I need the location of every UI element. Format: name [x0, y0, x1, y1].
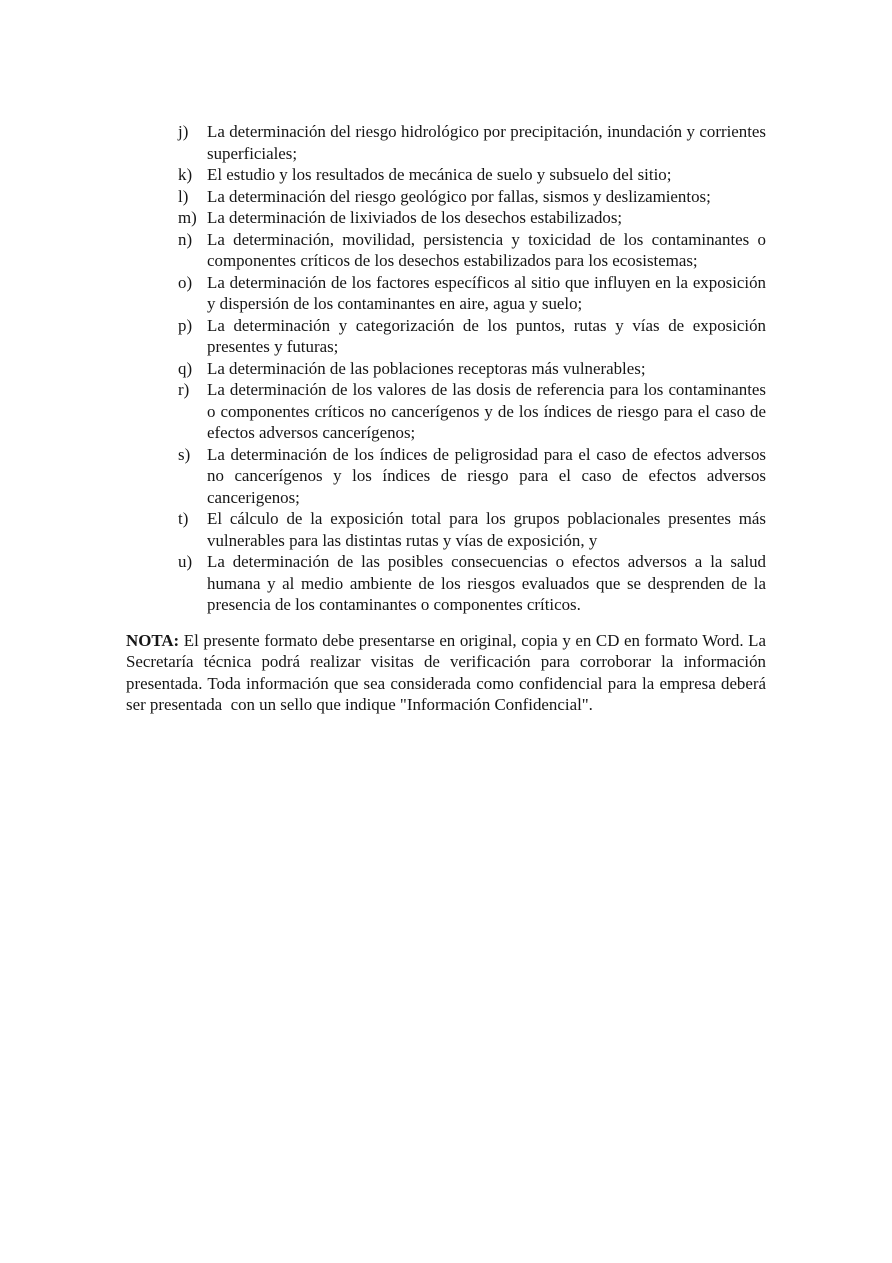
list-item-text: La determinación de los valores de las d… [207, 379, 766, 444]
list-item-text: La determinación, movilidad, persistenci… [207, 229, 766, 272]
list-item-marker: k) [178, 164, 207, 186]
list-item: o) La determinación de los factores espe… [178, 272, 766, 315]
list-item: s) La determinación de los índices de pe… [178, 444, 766, 509]
list-item-marker: j) [178, 121, 207, 164]
list-item-marker: p) [178, 315, 207, 358]
list-item-marker: r) [178, 379, 207, 444]
list-item: l) La determinación del riesgo geológico… [178, 186, 766, 208]
list-item: p) La determinación y categorización de … [178, 315, 766, 358]
list-item-text: La determinación de los índices de pelig… [207, 444, 766, 509]
list-item-marker: n) [178, 229, 207, 272]
note-text: El presente formato debe presentarse en … [126, 631, 766, 715]
list-item-text: La determinación de las posibles consecu… [207, 551, 766, 616]
list-item-text: La determinación y categorización de los… [207, 315, 766, 358]
lettered-list: j) La determinación del riesgo hidrológi… [178, 121, 766, 616]
list-item-marker: u) [178, 551, 207, 616]
list-item: q) La determinación de las poblaciones r… [178, 358, 766, 380]
list-item-text: La determinación del riesgo geológico po… [207, 186, 766, 208]
list-item: k) El estudio y los resultados de mecáni… [178, 164, 766, 186]
list-item-text: La determinación de los factores específ… [207, 272, 766, 315]
list-item-marker: t) [178, 508, 207, 551]
list-item-marker: o) [178, 272, 207, 315]
list-item-marker: q) [178, 358, 207, 380]
list-item: n) La determinación, movilidad, persiste… [178, 229, 766, 272]
list-item-marker: l) [178, 186, 207, 208]
list-item-text: La determinación de las poblaciones rece… [207, 358, 766, 380]
list-item-marker: m) [178, 207, 207, 229]
list-item-marker: s) [178, 444, 207, 509]
list-item-text: El estudio y los resultados de mecánica … [207, 164, 766, 186]
note-paragraph: NOTA: El presente formato debe presentar… [126, 630, 766, 716]
list-item: u) La determinación de las posibles cons… [178, 551, 766, 616]
list-item-text: La determinación del riesgo hidrológico … [207, 121, 766, 164]
list-item: j) La determinación del riesgo hidrológi… [178, 121, 766, 164]
list-item-text: La determinación de lixiviados de los de… [207, 207, 766, 229]
list-item-text: El cálculo de la exposición total para l… [207, 508, 766, 551]
note-label: NOTA: [126, 631, 179, 650]
list-item: m) La determinación de lixiviados de los… [178, 207, 766, 229]
list-item: r) La determinación de los valores de la… [178, 379, 766, 444]
list-item: t) El cálculo de la exposición total par… [178, 508, 766, 551]
document-page: j) La determinación del riesgo hidrológi… [0, 0, 892, 1263]
